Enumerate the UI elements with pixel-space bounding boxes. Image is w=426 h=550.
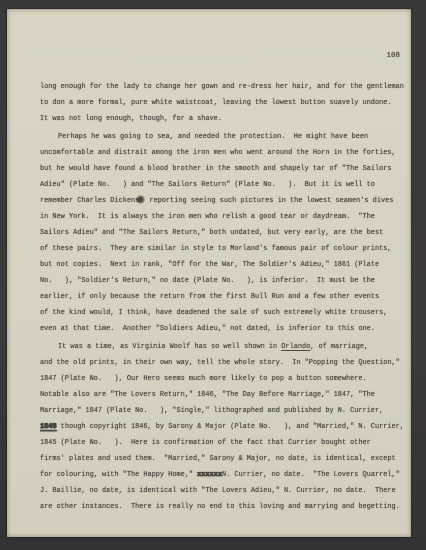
text-line: Perhaps he was going to sea, and needed … (40, 129, 406, 145)
text-line: It was a time, as Virginia Woolf has so … (40, 339, 406, 355)
paragraph: It was a time, as Virginia Woolf has so … (40, 339, 406, 515)
text-line: of these pairs. They are similar in styl… (40, 241, 406, 257)
text-line: It was not long enough, though, for a sh… (40, 111, 406, 127)
paragraph: Perhaps he was going to sea, and needed … (40, 129, 406, 337)
text-line: of the kind would, I think, have deadene… (40, 305, 406, 321)
typescript-text: long enough for the lady to change her g… (40, 79, 406, 517)
text-line: to don a more formal, pure white waistco… (40, 95, 406, 111)
text-line: earlier, if only because the return from… (40, 289, 406, 305)
text-line: uncomfortable and distrait among the iro… (40, 145, 406, 161)
text-line: long enough for the lady to change her g… (40, 79, 406, 95)
text-line: for colouring, with "The Happy Home," xx… (40, 467, 406, 483)
text-line: in New York. It is always the iron men w… (40, 209, 406, 225)
text-line: are other instances. There is really no … (40, 499, 406, 515)
text-line: but he would have found a blood brother … (40, 161, 406, 177)
text-line: No. ), "Soldier's Return," no date (Plat… (40, 273, 406, 289)
text-line: and the old prints, in their own way, te… (40, 355, 406, 371)
underlined-book-title: Orlando (281, 343, 310, 351)
text-line: Sailors Adieu" and "The Sailors Return,"… (40, 225, 406, 241)
page-number: 108 (386, 52, 400, 60)
crossed-out-text: xxxxxx (197, 471, 222, 479)
page-bottom-edge (7, 533, 411, 537)
text-line: J. Baillie, no date, is identical with "… (40, 483, 406, 499)
text-line: 1847 (Plate No. ), Our Hero seems much m… (40, 371, 406, 387)
typescript-page: 108 long enough for the lady to change h… (7, 9, 411, 537)
text-line: even at that time. Another "Soldiers Adi… (40, 321, 406, 337)
text-line: Adieu" (Plate No. ) and "The Sailors Ret… (40, 177, 406, 193)
text-line: Notable also are "The Lovers Return," 18… (40, 387, 406, 403)
text-line: Marriage," 1847 (Plate No. ), "Single," … (40, 403, 406, 419)
text-line: remember Charles Dickens reporting seein… (40, 193, 406, 209)
paragraph: long enough for the lady to change her g… (40, 79, 406, 127)
page-left-edge (7, 9, 12, 537)
text-line: 1848 though copyright 1846, by Sarony & … (40, 419, 406, 435)
text-line: firms' plates and used them. "Married," … (40, 451, 406, 467)
overstrike-correction: 1848 (40, 423, 57, 431)
text-line: but not copies. Next in rank, "Off for t… (40, 257, 406, 273)
ink-blot (136, 195, 145, 204)
photo-backdrop: 108 long enough for the lady to change h… (0, 0, 426, 550)
text-line: 1845 (Plate No. ). Here is confirmation … (40, 435, 406, 451)
